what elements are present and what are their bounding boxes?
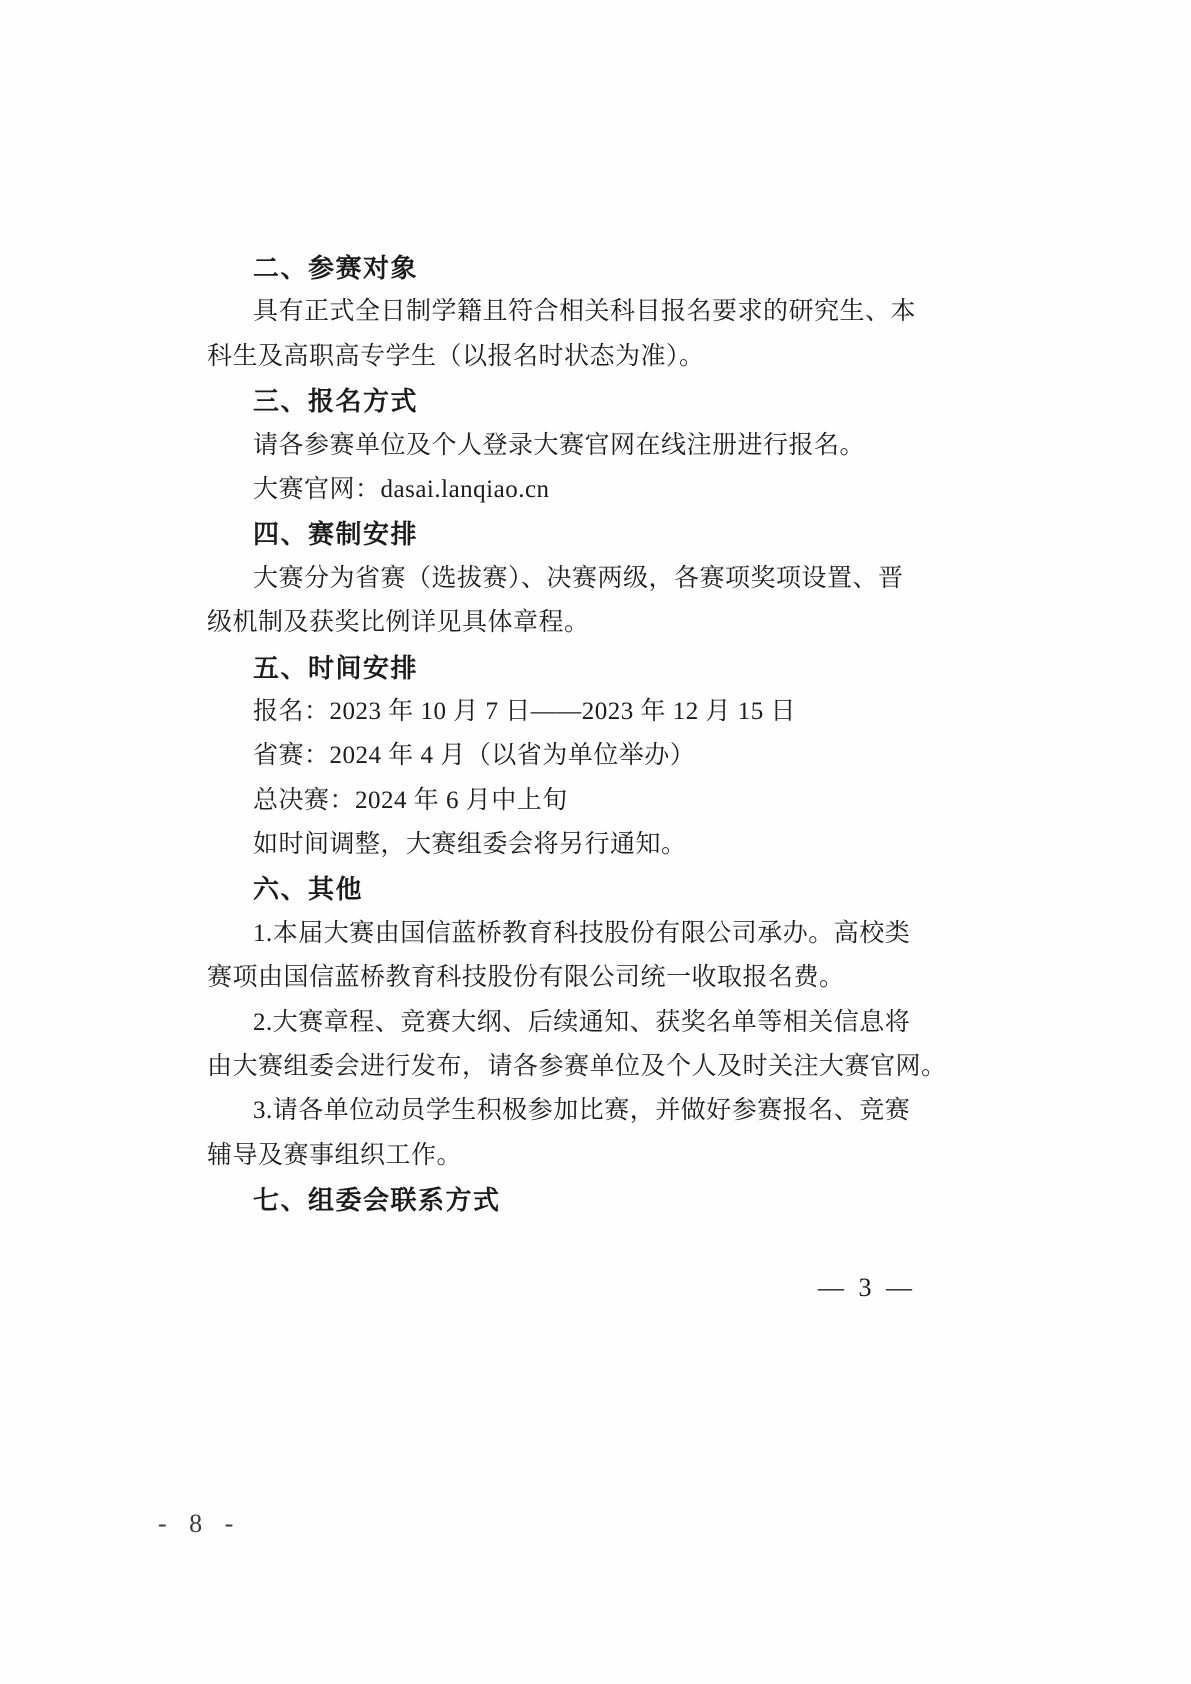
- body-line: 如时间调整，大赛组委会将另行通知。: [207, 823, 919, 867]
- footer-page-number: — 3 —: [818, 1266, 912, 1310]
- body-line: 总决赛：2024 年 6 月中上旬: [207, 779, 919, 823]
- body-line: 请各参赛单位及个人登录大赛官网在线注册进行报名。: [207, 424, 919, 468]
- body-line: 大赛官网：dasai.lanqiao.cn: [207, 468, 919, 512]
- body-line: 具有正式全日制学籍且符合相关科目报名要求的研究生、本: [207, 290, 919, 334]
- body-line: 级机制及获奖比例详见具体章程。: [207, 601, 919, 645]
- body-line: 报名：2023 年 10 月 7 日——2023 年 12 月 15 日: [207, 690, 919, 734]
- body-line: 科生及高职高专学生（以报名时状态为准）。: [207, 335, 919, 379]
- section-heading: 七、组委会联系方式: [207, 1178, 919, 1222]
- body-line: 1.本届大赛由国信蓝桥教育科技股份有限公司承办。高校类: [207, 912, 919, 956]
- body-line: 2.大赛章程、竞赛大纲、后续通知、获奖名单等相关信息将: [207, 1001, 919, 1045]
- body-line: 大赛分为省赛（选拔赛）、决赛两级，各赛项奖项设置、晋: [207, 557, 919, 601]
- body-line: 省赛：2024 年 4 月（以省为单位举办）: [207, 734, 919, 778]
- body-line: 辅导及赛事组织工作。: [207, 1134, 919, 1178]
- section-heading: 四、赛制安排: [207, 512, 919, 556]
- body-line: 由大赛组委会进行发布，请各参赛单位及个人及时关注大赛官网。: [207, 1045, 919, 1089]
- document-page: 二、参赛对象具有正式全日制学籍且符合相关科目报名要求的研究生、本科生及高职高专学…: [0, 0, 1191, 1684]
- section-heading: 三、报名方式: [207, 379, 919, 423]
- document-content: 二、参赛对象具有正式全日制学籍且符合相关科目报名要求的研究生、本科生及高职高专学…: [207, 246, 919, 1223]
- section-heading: 六、其他: [207, 867, 919, 911]
- body-line: 3.请各单位动员学生积极参加比赛，并做好参赛报名、竞赛: [207, 1089, 919, 1133]
- body-line: 赛项由国信蓝桥教育科技股份有限公司统一收取报名费。: [207, 956, 919, 1000]
- section-heading: 二、参赛对象: [207, 246, 919, 290]
- corner-page-number: - 8 -: [158, 1502, 233, 1546]
- section-heading: 五、时间安排: [207, 646, 919, 690]
